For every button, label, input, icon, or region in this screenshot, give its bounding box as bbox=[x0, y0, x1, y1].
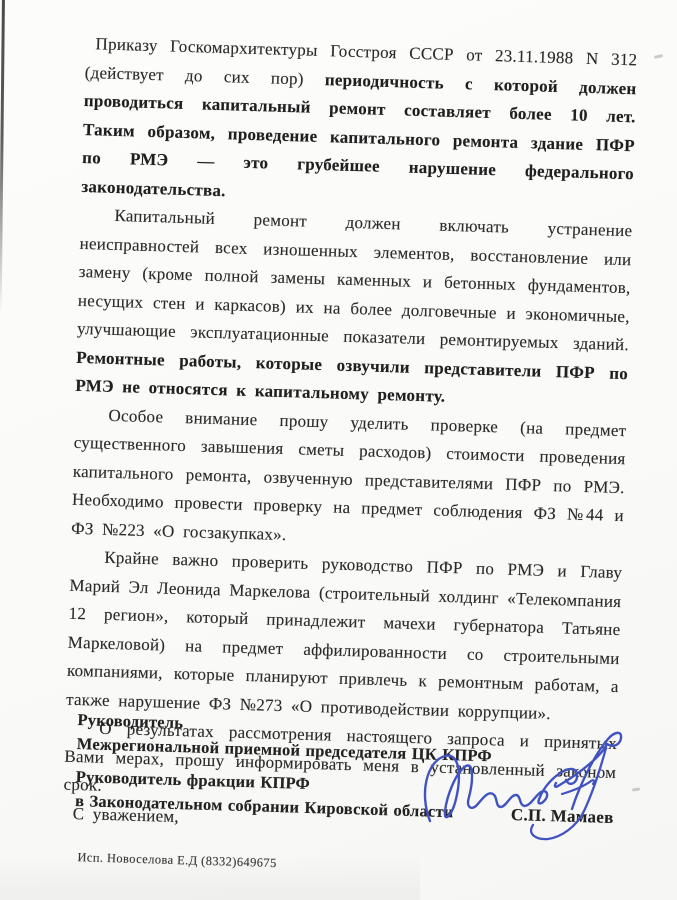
emphasis-text: Ремонтные работы, которые озвучили предс… bbox=[75, 347, 628, 405]
paragraph: Приказу Госкомархитектуры Госстроя СССР … bbox=[81, 30, 638, 217]
letter-body: Приказу Госкомархитектуры Госстроя СССР … bbox=[63, 30, 638, 816]
scan-speck bbox=[654, 54, 663, 59]
scanned-letter-page: Приказу Госкомархитектуры Госстроя СССР … bbox=[0, 0, 677, 900]
emphasis-text: периодичность с которой должен проводить… bbox=[81, 70, 637, 200]
executor-note: Исп. Новоселова Е.Д (8332)649675 bbox=[77, 843, 277, 877]
paragraph: Крайне важно проверить руководство ПФР п… bbox=[66, 543, 623, 730]
body-text: Особое внимание прошу уделить проверке (… bbox=[71, 405, 627, 543]
handwritten-signature bbox=[410, 715, 660, 865]
body-text: Капитальный ремонт должен включать устра… bbox=[77, 206, 633, 354]
paragraph: Особое внимание прошу уделить проверке (… bbox=[71, 400, 627, 559]
scan-edge-artifact bbox=[0, 0, 5, 314]
paragraph: Капитальный ремонт должен включать устра… bbox=[75, 201, 633, 417]
body-text: Крайне важно проверить руководство ПФР п… bbox=[66, 548, 623, 723]
